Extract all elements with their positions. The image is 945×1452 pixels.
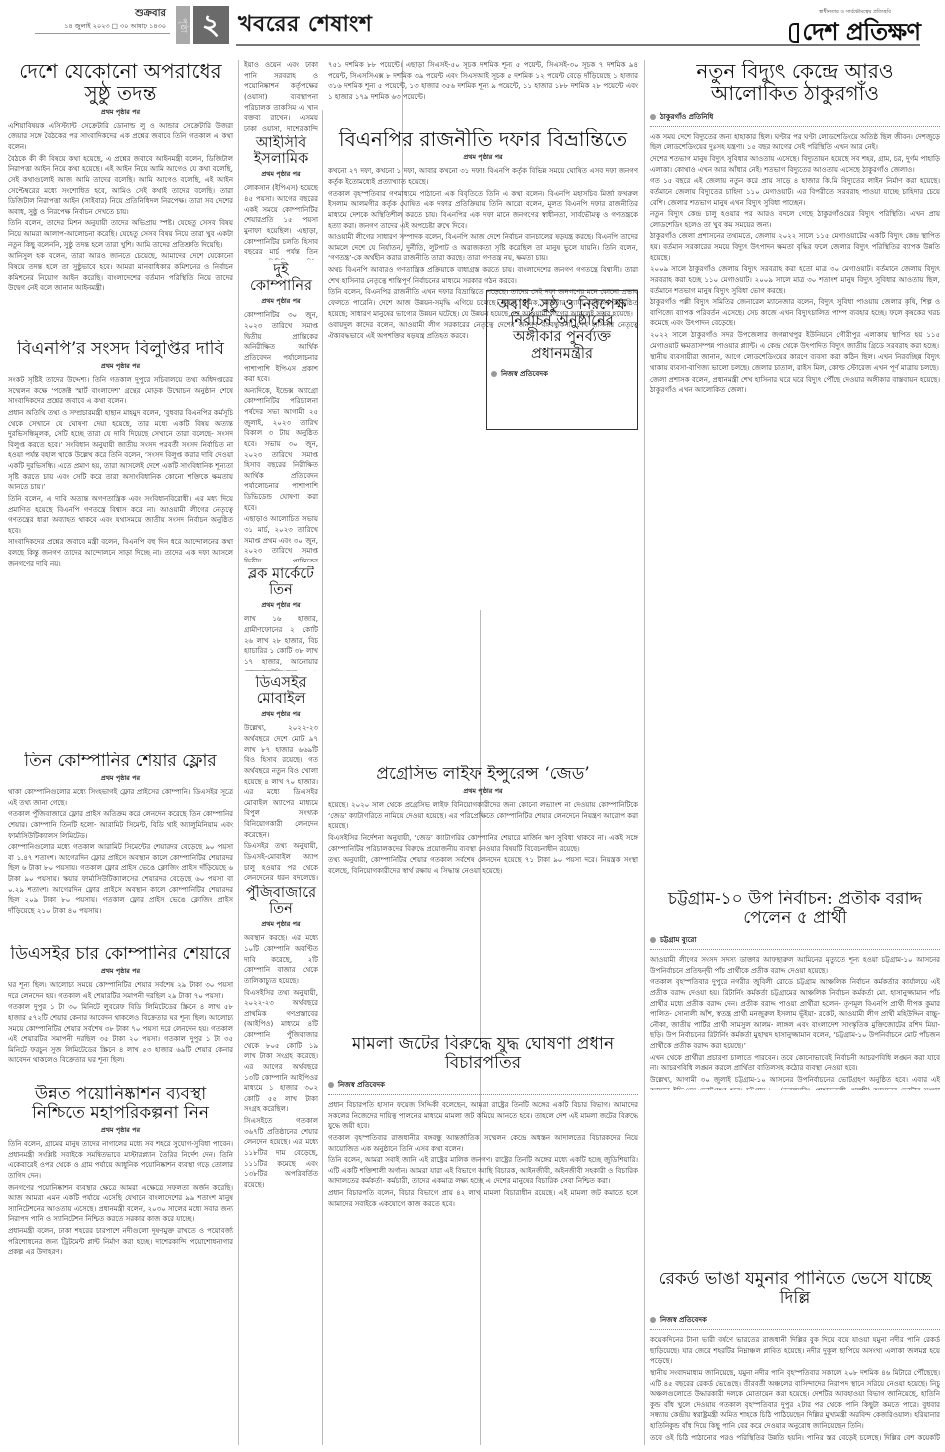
section-title: খবরের শেষাংশ [238,7,372,44]
article-body: এশিয়াবিষয়ক এসিস্ট্যান্ট সেক্রেটারি ডোন… [8,121,233,294]
article-body: সংকট সৃষ্টিই তাদের উদ্দেশ্য। তিনি গতকাল … [8,375,233,569]
paragraph: সাংবাদিকদের প্রশ্নের জবাবে মন্ত্রী বলেন,… [8,537,233,569]
article-body: তিনি বলেন, গ্রামের মানুষ তাদের নাগালের ম… [8,1139,233,1258]
headline: তিন কোম্পানির শেয়ার ফ্লোর [8,752,233,771]
article-three-companies-floor: তিন কোম্পানির শেয়ার ফ্লোর প্রথম পৃষ্ঠার… [8,752,233,942]
byline: চট্টগ্রাম ব্যুরো [650,934,940,946]
article-two-companies: দুই কোম্পানির প্রথম পৃষ্ঠার পর কোম্পানিট… [244,262,318,562]
continued-label: প্রথম পৃষ্ঠার পর [328,152,638,163]
paragraph: বৈঠকে কী কী বিষয়ে কথা হয়েছে, এ প্রশ্নে… [8,154,233,218]
article-body: আওয়ামী লীগের সংসদ সদস্য ডাক্তার আফছারুল… [650,955,940,1090]
paragraph: জনগণের পয়োনিষ্কাশন ব্যবস্থার ক্ষেত্রে আ… [8,1183,233,1226]
article-body: ইয়াও ওয়েন এবং ঢাকা পানি সরবরাহ ও পয়োন… [244,60,318,132]
continued-label: প্রথম পৃষ্ঠার পর [8,966,233,977]
paragraph: তিনি বলেন, তাদের মিশন অনুযায়ী তাদের অভি… [8,218,233,250]
paragraph: তথ্য অনুযায়ী, কোম্পানিটির শেয়ার গতকাল … [328,855,638,876]
page-label: পৃষ্ঠা [176,6,190,44]
paragraph: প্রধান অতিথি তথ্য ও সম্প্রচারমন্ত্রী হাছ… [8,408,233,493]
headline: নতুন বিদ্যুৎ কেন্দ্রে আরও আলোকিত ঠাকুরগা… [650,60,940,105]
paragraph: তিনি বলেন, এ দাবি অত্যন্ত অগণতান্ত্রিক এ… [8,494,233,537]
paragraph: উল্লেখ্য, আগামী ৩০ জুলাই চট্টগ্রাম-১০ আস… [650,1075,940,1090]
byline-text: চট্টগ্রাম ব্যুরো [660,934,696,946]
headline: চট্টগ্রাম-১০ উপ নির্বাচন: প্রতীক বরাদ্দ … [650,890,940,928]
article-yamuna-flood: রেকর্ড ভাঙা যমুনার পানিতে ভেসে যাচ্ছে দি… [650,1270,940,1445]
article-progressive-life: প্রগ্রেসিভ লাইফ ইন্সুরেন্স ‘জেড’ প্রথম প… [328,765,638,1035]
continued-label: প্রথম পৃষ্ঠার পর [244,919,318,930]
paragraph: আনিসুল হক বলেন, তারা আরও জানতে চেয়েছে, … [8,251,233,294]
paragraph: প্রধানমন্ত্রী বলেন, ঢাকা শহরের চারপাশে ন… [8,1226,233,1258]
headline: বিএনপির রাজনীতি দফার বিভ্রান্তিতে [328,128,638,150]
paragraph: ডিএসইর তথ্য অনুযায়ী, ডিএসই-মোবাইল অ্যাপ… [244,841,318,880]
paragraph: ঠাকুরগাঁও পল্লী বিদ্যুৎ সমিতির জেনারেল ম… [650,297,940,329]
byline: নিজস্ব প্রতিবেদক [491,368,633,380]
paragraph: দেশের শতভাগ মানুষ বিদ্যুৎ সুবিধার আওতায়… [650,154,940,175]
article-investigation: দেশে যেকোনো অপরাধের সুষ্ঠু তদন্ত প্রথম প… [8,60,233,335]
paragraph: তিনি বলেন, গ্রামের মানুষ তাদের নাগালের ম… [8,1139,233,1182]
headline: রেকর্ড ভাঙা যমুনার পানিতে ভেসে যাচ্ছে দি… [650,1270,940,1308]
date-underline [35,33,170,34]
headline: উন্নত পয়োনিষ্কাশন ব্যবস্থা নিশ্চিতে মহা… [8,1085,233,1123]
masthead: শুক্রবার ১৪ জুলাই ২০২৩ □ ৩০ আষাঢ় ১৪৩০ প… [0,0,945,52]
column-divider [644,60,645,1445]
byline-text: ঠাকুরগাঁও প্রতিনিধি [660,111,713,123]
paragraph: স্থানীয় ব্যবসায়ীরা জানান, আগে লোডশেডিং… [650,352,940,373]
bullet-icon [650,114,656,120]
paragraph: বিএসইসির নির্দেশনা অনুযায়ী, ‘জেড’ ক্যাট… [328,833,638,854]
continued-label: প্রথম পৃষ্ঠার পর [244,296,318,307]
article-body: লাখ ১৬ হাজার, গ্রামীণফোনের ২ কোটি ২৬ লাখ… [244,614,318,671]
article-body: কয়েকদিনের টানা ভারী বর্ষণে ভারতের রাজধা… [650,1335,940,1445]
article-market-index: ৭৫১ দশমিক ৮৮ পয়েন্টে। এছাড়া সিএসই-৫০ স… [328,60,638,125]
paragraph: হয়েছে। ২০২০ সাল থেকে প্রগ্রেসিভ লাইফ বি… [328,800,638,832]
article-bnp-parliament: বিএনপি’র সংসদ বিলুপ্তির দাবি প্রথম পৃষ্ঠ… [8,340,233,750]
bullet-icon [328,1082,334,1088]
article-body: উল্লেখ্য, ২০২২-২৩ অর্থবছরে দেশে মোট ৯৭ ল… [244,723,318,880]
paragraph: আওয়ামী লীগের সংসদ সদস্য ডাক্তার আফছারুল… [650,955,940,976]
paragraph: উল্লেখ্য, ২০২২-২৩ অর্থবছরে দেশে মোট ৯৭ ল… [244,723,318,840]
article-dse-mobile: ডিএসইর মোবাইল প্রথম পৃষ্ঠার পর উল্লেখ্য,… [244,675,318,880]
byline-text: নিজস্ব প্রতিবেদক [501,368,548,380]
paragraph: তিনি বলেন, আমরা সবাই জানি এই রাষ্ট্রের ম… [328,1155,638,1187]
separator [650,949,940,950]
continued-label: প্রথম পৃষ্ঠার পর [328,786,638,797]
brand-name: দেশ প্রতিক্ষণ [802,18,920,46]
continued-label: প্রথম পৃষ্ঠার পর [8,1125,233,1136]
bullet-icon [650,1317,656,1323]
headline: বিএনপি’র সংসদ বিলুপ্তির দাবি [8,340,233,359]
paragraph: এশিয়াবিষয়ক এসিস্ট্যান্ট সেক্রেটারি ডোন… [8,121,233,153]
headline: দুই কোম্পানির [244,262,318,294]
headline: দেশে যেকোনো অপরাধের সুষ্ঠু তদন্ত [8,60,233,105]
article-thakurgaon-power: নতুন বিদ্যুৎ কেন্দ্রে আরও আলোকিত ঠাকুরগা… [650,60,940,600]
paragraph: এক সময় দেশে বিদ্যুতের জন্য হাহাকার ছিল।… [650,132,940,153]
article-body: অবস্থান করছে। এর মধ্যে ১০টি কোম্পানি অবণ… [244,933,318,1190]
paragraph: কখনো ২৭ দফা, কখনো ১ দফা, আবার কখনো ৩১ দফ… [328,166,638,187]
paragraph: গত ১৫ বছরে এই জেলায় নতুন করে প্রায় সাড… [650,176,940,208]
paragraph: আওয়ামী লীগের সাধারণ সম্পাদক বলেন, বিএনপ… [328,232,638,264]
article-icb-islamic: আইসিবি ইসলামিক প্রথম পৃষ্ঠার পর লোকসান (… [244,135,318,260]
bullet-icon [491,371,497,377]
issue-date: ১৪ জুলাই ২০২৩ □ ৩০ আষাঢ় ১৪৩০ [20,21,166,32]
column-divider [238,60,239,1445]
paragraph: ঘর শূন্য ছিল। আলোচ্য সময়ে কোম্পানিটির শ… [8,980,233,1001]
paragraph: গতকাল পুঁজিবাজারে ফ্লোর প্রাইস অতিক্রম ক… [8,809,233,841]
paragraph: সিএসইতে গতকাল ৩৬৭টি প্রতিষ্ঠানের শেয়ার … [244,1116,318,1190]
article-sanitation-masterplan: উন্নত পয়োনিষ্কাশন ব্যবস্থা নিশ্চিতে মহা… [8,1085,233,1445]
page-number: ২ [193,6,229,44]
paragraph: এখন থেকে প্রার্থীরা প্রচারণা চালাতে পারব… [650,1053,940,1074]
paragraph: এছাড়াও আলোচিত সভায় ৩১ মার্চ, ২০২৩ তারি… [244,514,318,562]
article-body: থাকা কোম্পানিগুলোর মধ্যে সিংহভাগই ফ্লোর … [8,787,233,917]
article-body: ঘর শূন্য ছিল। আলোচ্য সময়ে কোম্পানিটির শ… [8,980,233,1066]
headline: অবাধ, সুষ্ঠু ও নিরপেক্ষ নির্বাচন অনুষ্ঠা… [491,297,633,362]
paragraph: গতকাল বৃহস্পতিবার রাজধানীর বঙ্গবন্ধু আন্… [328,1133,638,1154]
headline: ডিএসইর চার কোম্পানির শেয়ারে [8,945,233,964]
article-dse-four-companies: ডিএসইর চার কোম্পানির শেয়ারে প্রথম পৃষ্ঠ… [8,945,233,1080]
article-body: এক সময় দেশে বিদ্যুতের জন্য হাহাকার ছিল।… [650,132,940,396]
headline: পুঁজিবাজারে তিন [244,885,318,917]
byline: নিজস্ব প্রতিবেদক [328,1079,638,1091]
bullet-icon [650,937,656,943]
headline: মামলা জটের বিরুদ্ধে যুদ্ধ ঘোষণা প্রধান ব… [328,1035,638,1073]
article-wasa-plant: ইয়াও ওয়েন এবং ঢাকা পানি সরবরাহ ও পয়োন… [244,60,318,132]
paragraph: ২০২২ সালে ঠাকুরগাঁও সদর উপজেলার জগন্নাথপ… [650,330,940,351]
article-pm-free-fair: অবাধ, সুষ্ঠু ও নিরপেক্ষ নির্বাচন অনুষ্ঠা… [486,290,638,430]
headline: ডিএসইর মোবাইল [244,675,318,707]
paragraph: ইয়াও ওয়েন এবং ঢাকা পানি সরবরাহ ও পয়োন… [244,60,318,132]
paragraph: বিএসইসির তথ্য অনুযায়ী, ২০২২-২৩ অর্থবছরে… [244,988,318,1116]
paragraph: কোম্পানিটির ৩০ জুন, ২০২৩ তারিখে সমাপ্ত দ… [244,310,318,384]
paragraph: কয়েকদিনের টানা ভারী বর্ষণে ভারতের রাজধা… [650,1335,940,1367]
headline: ব্লক মার্কেটে তিন [244,566,318,598]
paragraph: স্থানীয় সংবাদমাধ্যম জানিয়েছে, যমুনা নদ… [650,1368,940,1432]
continued-label: প্রথম পৃষ্ঠার পর [8,361,233,372]
headline: প্রগ্রেসিভ লাইফ ইন্সুরেন্স ‘জেড’ [328,765,638,784]
continued-label: প্রথম পৃষ্ঠার পর [244,600,318,611]
paragraph: থাকা কোম্পানিগুলোর মধ্যে সিংহভাগই ফ্লোর … [8,787,233,808]
continued-label: প্রথম পৃষ্ঠার পর [8,773,233,784]
paragraph: ৭৫১ দশমিক ৮৮ পয়েন্টে। এছাড়া সিএসই-৫০ স… [328,60,638,103]
article-ctg-10-bypoll: চট্টগ্রাম-১০ উপ নির্বাচন: প্রতীক বরাদ্দ … [650,890,940,1090]
brand-mark-icon [789,23,799,43]
article-bnp-politics: বিএনপির রাজনীতি দফার বিভ্রান্তিতে প্রথম … [328,128,638,758]
continued-label: প্রথম পৃষ্ঠার পর [244,169,318,180]
separator [650,126,940,127]
headline: আইসিবি ইসলামিক [244,135,318,167]
paragraph: গতকাল বৃহস্পতিবার দুপুরে নগরীর জুবিলী রো… [650,977,940,1051]
paragraph: গতকাল দুপুর ১ টা ৩০ মিনিটে লুবরেফ বিডি ল… [8,1002,233,1066]
byline: ঠাকুরগাঁও প্রতিনিধি [650,111,940,123]
article-body: প্রধান বিচারপতি হাসান ফয়েজ সিদ্দিকী বলে… [328,1100,638,1209]
byline: নিজস্ব প্রতিবেদক [650,1314,940,1326]
paragraph: অবস্থান করছে। এর মধ্যে ১০টি কোম্পানি অবণ… [244,933,318,986]
column-divider [322,110,323,1445]
article-body: লোকসান (ইপিএস) হয়েছে ৪৫ পয়সা। আগের বছর… [244,183,318,260]
byline-text: নিজস্ব প্রতিবেদক [660,1314,707,1326]
separator [328,1094,638,1095]
paragraph: লাখ ১৬ হাজার, গ্রামীণফোনের ২ কোটি ২৬ লাখ… [244,614,318,671]
paragraph: গতকাল বৃহস্পতিবার গণমাধ্যমে পাঠানো এক বি… [328,189,638,232]
paragraph: ঠাকুরগাঁও জেলা প্রশাসনের তথ্যমতে, জেলায়… [650,231,940,263]
paragraph: নতুন বিদ্যুৎ কেন্দ্র চালু হওয়ার পর আরও … [650,209,940,230]
separator [650,1329,940,1330]
article-war-on-backlog: মামলা জটের বিরুদ্ধে যুদ্ধ ঘোষণা প্রধান ব… [328,1035,638,1445]
paragraph: অথচ বিএনপি আবারও গণতান্ত্রিক প্রক্রিয়াক… [328,265,638,286]
paragraph: তবে ওই চিঠি পাঠানোর পরও পরিস্থিতির উন্নত… [650,1433,940,1445]
byline-text: নিজস্ব প্রতিবেদক [338,1079,385,1091]
article-block-market: ব্লক মার্কেটে তিন প্রথম পৃষ্ঠার পর লাখ ১… [244,566,318,671]
paragraph: অন্যদিকে, ইন্ডেক্স অ্যাগ্রো কোম্পানিটির … [244,386,318,514]
paragraph: কোম্পানিগুলোর মধ্যে গতকাল আরামিট সিমেন্ট… [8,842,233,916]
paragraph: সংকট সৃষ্টিই তাদের উদ্দেশ্য। তিনি গতকাল … [8,375,233,407]
continued-label: প্রথম পৃষ্ঠার পর [8,107,233,118]
article-body: হয়েছে। ২০২০ সাল থেকে প্রগ্রেসিভ লাইফ বি… [328,800,638,876]
paragraph: প্রধান বিচারপতি বলেন, বিচার বিভাগে প্রায… [328,1188,638,1209]
article-body: কোম্পানিটির ৩০ জুন, ২০২৩ তারিখে সমাপ্ত দ… [244,310,318,562]
article-body: ৭৫১ দশমিক ৮৮ পয়েন্টে। এছাড়া সিএসই-৫০ স… [328,60,638,103]
paragraph: জেলা প্রশাসক বলেন, প্রধানমন্ত্রী শেখ হাস… [650,375,940,396]
article-capital-market-three: পুঁজিবাজারে তিন প্রথম পৃষ্ঠার পর অবস্থান… [244,885,318,1445]
paragraph: ২০০৯ সালে ঠাকুরগাঁও জেলায় বিদ্যুৎ সরবরা… [650,264,940,296]
paragraph: প্রধান বিচারপতি হাসান ফয়েজ সিদ্দিকী বলে… [328,1100,638,1132]
continued-label: প্রথম পৃষ্ঠার পর [244,709,318,720]
brand-logo: দেশ প্রতিক্ষণ [770,14,940,54]
paragraph: লোকসান (ইপিএস) হয়েছে ৪৫ পয়সা। আগের বছর… [244,183,318,260]
